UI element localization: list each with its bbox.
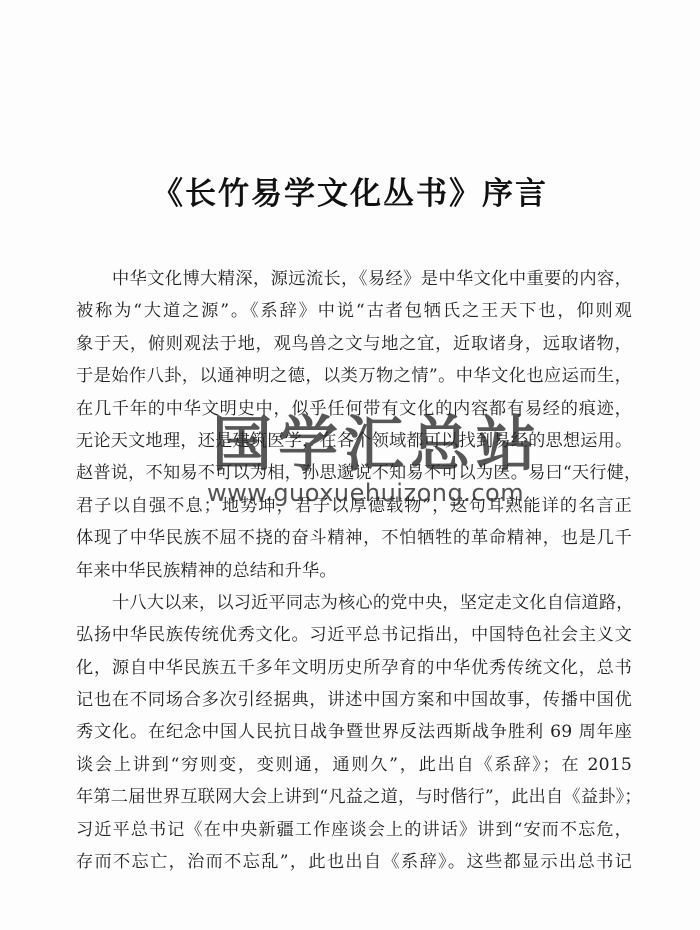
text-line: 记也在不同场合多次引经据典，讲述中国方案和中国故事，传播中国优	[76, 684, 632, 716]
text-line: 中华文化博大精深，源远流长，《易经》是中华文化中重要的内容，	[76, 263, 632, 295]
text-line: 年来中华民族精神的总结和升华。	[76, 555, 632, 587]
watermark-text: 国学汇总站	[212, 415, 542, 475]
text-line: 于是始作八卦，以通神明之德，以类万物之情”。中华文化也应运而生，	[76, 360, 632, 392]
text-line: 习近平总书记《在中央新疆工作座谈会上的讲话》讲到“安而不忘危，	[76, 814, 632, 846]
text-line: 秀文化。在纪念中国人民抗日战争暨世界反法西斯战争胜利 69 周年座	[76, 716, 632, 748]
watermark-url: www.guoxuehuizong.com	[207, 481, 524, 505]
text-line: 谈会上讲到“穷则变，变则通，通则久”，此出自《系辞》；在 2015	[76, 749, 632, 781]
text-line: 年第二届世界互联网大会上讲到“凡益之道，与时偕行”，此出自《益卦》；	[76, 781, 632, 813]
text-line: 存而不忘亡，治而不忘乱”，此也出自《系辞》。这些都显示出总书记	[76, 846, 632, 878]
text-line: 十八大以来，以习近平同志为核心的党中央，坚定走文化自信道路，	[76, 587, 632, 619]
text-line: 象于天，俯则观法于地，观鸟兽之文与地之宜，近取诸身，远取诸物，	[76, 328, 632, 360]
text-line: 体现了中华民族不屈不挠的奋斗精神，不怕牺牲的革命精神，也是几千	[76, 522, 632, 554]
text-line: 被称为“大道之源”。《系辞》中说“古者包牺氏之王天下也，仰则观	[76, 295, 632, 327]
page-title: 《长竹易学文化丛书》序言	[0, 168, 700, 213]
text-line: 弘扬中华民族传统优秀文化。习近平总书记指出，中国特色社会主义文	[76, 619, 632, 651]
body-text: 中华文化博大精深，源远流长，《易经》是中华文化中重要的内容， 被称为“大道之源”…	[76, 263, 632, 878]
book-page: 《长竹易学文化丛书》序言 中华文化博大精深，源远流长，《易经》是中华文化中重要的…	[0, 0, 700, 930]
text-line: 化，源自中华民族五千多年文明历史所孕育的中华优秀传统文化，总书	[76, 652, 632, 684]
